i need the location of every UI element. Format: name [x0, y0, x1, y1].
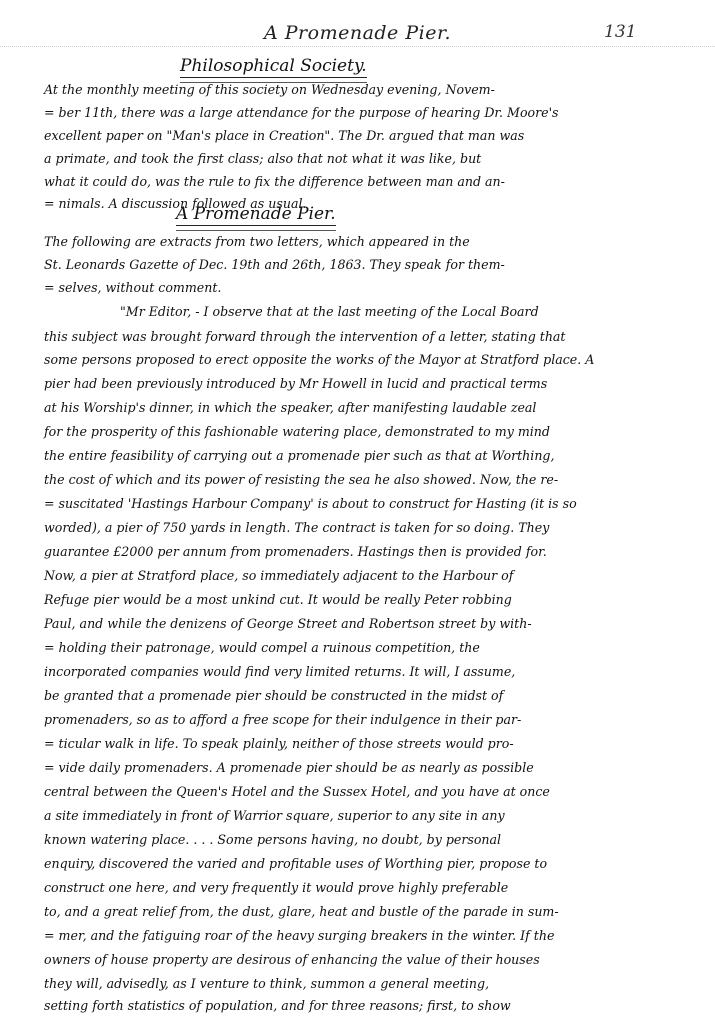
section-heading-philosophical-society: Philosophical Society.	[180, 56, 367, 83]
text-line: excellent paper on "Man's place in Creat…	[44, 130, 684, 143]
text-line: = mer, and the fatiguing roar of the hea…	[44, 930, 684, 943]
text-line: The following are extracts from two lett…	[44, 236, 684, 249]
text-line: central between the Queen's Hotel and th…	[44, 786, 684, 799]
text-line: the cost of which and its power of resis…	[44, 474, 684, 487]
text-line: Refuge pier would be a most unkind cut. …	[44, 594, 684, 607]
section-heading-text: Philosophical Society.	[180, 56, 367, 76]
text-line: pier had been previously introduced by M…	[44, 378, 684, 391]
text-line: = suscitated 'Hastings Harbour Company' …	[44, 498, 684, 511]
text-line: to, and a great relief from, the dust, g…	[44, 906, 684, 919]
text-line: owners of house property are desirous of…	[44, 954, 684, 967]
text-line: they will, advisedly, as I venture to th…	[44, 978, 684, 991]
header-rule	[0, 46, 715, 47]
text-line: guarantee £2000 per annum from promenade…	[44, 546, 684, 559]
page-number: 131	[604, 22, 636, 42]
manuscript-page: A Promenade Pier. 131 Philosophical Soci…	[0, 0, 715, 1024]
text-line: what it could do, was the rule to fix th…	[44, 176, 684, 189]
text-line: some persons proposed to erect opposite …	[44, 354, 684, 367]
text-line: = vide daily promenaders. A promenade pi…	[44, 762, 684, 775]
text-line: for the prosperity of this fashionable w…	[44, 426, 684, 439]
text-line: "Mr Editor, - I observe that at the last…	[120, 306, 715, 319]
text-line: promenaders, so as to afford a free scop…	[44, 714, 684, 727]
text-line: incorporated companies would find very l…	[44, 666, 684, 679]
double-underline	[176, 225, 336, 231]
text-line: be granted that a promenade pier should …	[44, 690, 684, 703]
section-heading-promenade-pier: A Promenade Pier.	[176, 204, 336, 231]
text-line: setting forth statistics of population, …	[44, 1000, 684, 1013]
text-line: = holding their patronage, would compel …	[44, 642, 684, 655]
section-heading-text: A Promenade Pier.	[176, 204, 336, 224]
text-line: worded), a pier of 750 yards in length. …	[44, 522, 684, 535]
text-line: = selves, without comment.	[44, 282, 684, 295]
text-line: Paul, and while the denizens of George S…	[44, 618, 684, 631]
text-line: St. Leonards Gazette of Dec. 19th and 26…	[44, 259, 684, 272]
text-line: a primate, and took the first class; als…	[44, 153, 684, 166]
text-line: = ticular walk in life. To speak plainly…	[44, 738, 684, 751]
text-line: known watering place. . . . Some persons…	[44, 834, 684, 847]
text-line: enquiry, discovered the varied and profi…	[44, 858, 684, 871]
text-line: a site immediately in front of Warrior s…	[44, 810, 684, 823]
text-line: = ber 11th, there was a large attendance…	[44, 107, 684, 120]
text-line: this subject was brought forward through…	[44, 331, 684, 344]
text-line: Now, a pier at Stratford place, so immed…	[44, 570, 684, 583]
text-line: the entire feasibility of carrying out a…	[44, 450, 684, 463]
text-line: = nimals. A discussion followed as usual…	[44, 198, 684, 211]
text-line: At the monthly meeting of this society o…	[44, 84, 684, 97]
text-line: construct one here, and very frequently …	[44, 882, 684, 895]
text-line: at his Worship's dinner, in which the sp…	[44, 402, 684, 415]
